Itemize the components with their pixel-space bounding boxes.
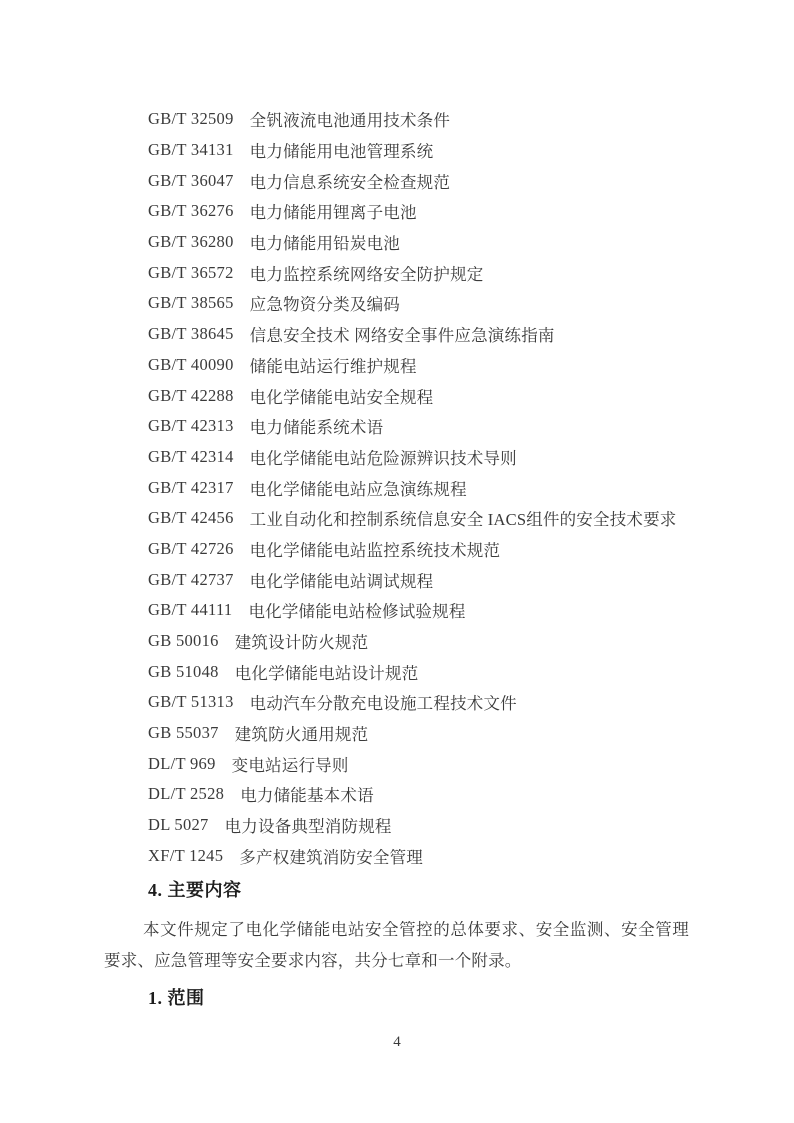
standard-code: GB/T 36572 xyxy=(148,263,234,283)
standard-title: 工业自动化和控制系统信息安全 IACS组件的安全技术要求 xyxy=(250,506,677,530)
standard-title: 电力监控系统网络安全防护规定 xyxy=(250,261,484,285)
standard-title: 电动汽车分散充电设施工程技术文件 xyxy=(250,690,517,714)
standard-code: GB/T 38645 xyxy=(148,324,234,344)
standard-ref-row: GB/T 34131 电力储能用电池管理系统 xyxy=(148,135,689,166)
standard-title: 信息安全技术 网络安全事件应急演练指南 xyxy=(250,322,555,346)
standard-ref-row: GB/T 42288 电化学储能电站安全规程 xyxy=(148,380,689,411)
standard-title: 电力信息系统安全检查规范 xyxy=(250,169,450,193)
standard-ref-row: GB/T 42456 工业自动化和控制系统信息安全 IACS组件的安全技术要求 xyxy=(148,503,689,534)
standard-ref-row: GB/T 42313 电力储能系统术语 xyxy=(148,411,689,442)
standard-ref-row: DL 5027 电力设备典型消防规程 xyxy=(148,810,689,841)
standard-ref-row: GB/T 36047 电力信息系统安全检查规范 xyxy=(148,165,689,196)
standard-ref-row: GB/T 36280 电力储能用铅炭电池 xyxy=(148,227,689,258)
standard-code: GB/T 32509 xyxy=(148,109,234,129)
standard-code: GB 51048 xyxy=(148,662,219,682)
standard-ref-row: GB 50016 建筑设计防火规范 xyxy=(148,626,689,657)
standard-code: GB/T 44111 xyxy=(148,600,232,620)
standard-code: GB/T 38565 xyxy=(148,293,234,313)
document-page: GB/T 32509 全钒液流电池通用技术条件 GB/T 34131 电力储能用… xyxy=(0,0,794,1123)
standard-title: 电化学储能电站调试规程 xyxy=(250,568,434,592)
standard-title: 电化学储能电站危险源辨识技术导则 xyxy=(250,445,517,469)
standard-ref-row: GB/T 32509 全钒液流电池通用技术条件 xyxy=(148,104,689,135)
standard-title: 电力储能系统术语 xyxy=(250,414,384,438)
page-number: 4 xyxy=(0,1034,794,1051)
standard-code: DL/T 969 xyxy=(148,754,216,774)
standard-code: GB/T 36280 xyxy=(148,232,234,252)
standard-ref-row: GB/T 36276 电力储能用锂离子电池 xyxy=(148,196,689,227)
standard-ref-row: GB/T 38565 应急物资分类及编码 xyxy=(148,288,689,319)
standard-title: 变电站运行导则 xyxy=(232,752,349,776)
standard-title: 电化学储能电站设计规范 xyxy=(235,660,419,684)
standard-ref-row: GB/T 40090 储能电站运行维护规程 xyxy=(148,350,689,381)
standards-reference-list: GB/T 32509 全钒液流电池通用技术条件 GB/T 34131 电力储能用… xyxy=(148,104,689,871)
standard-title: 电化学储能电站检修试验规程 xyxy=(248,598,465,622)
standard-code: GB/T 42288 xyxy=(148,386,234,406)
standard-code: DL 5027 xyxy=(148,815,209,835)
standard-ref-row: XF/T 1245 多产权建筑消防安全管理 xyxy=(148,841,689,872)
standard-ref-row: GB/T 42317 电化学储能电站应急演练规程 xyxy=(148,472,689,503)
standard-code: GB 55037 xyxy=(148,723,219,743)
standard-code: DL/T 2528 xyxy=(148,784,224,804)
standard-ref-row: DL/T 2528 电力储能基本术语 xyxy=(148,779,689,810)
standard-ref-row: GB 51048 电化学储能电站设计规范 xyxy=(148,656,689,687)
standard-title: 电化学储能电站应急演练规程 xyxy=(250,476,467,500)
standard-ref-row: DL/T 969 变电站运行导则 xyxy=(148,748,689,779)
standard-ref-row: GB/T 42314 电化学储能电站危险源辨识技术导则 xyxy=(148,442,689,473)
standard-ref-row: GB 55037 建筑防火通用规范 xyxy=(148,718,689,749)
standard-title: 储能电站运行维护规程 xyxy=(250,353,417,377)
standard-code: GB/T 36276 xyxy=(148,201,234,221)
standard-ref-row: GB/T 42737 电化学储能电站调试规程 xyxy=(148,564,689,595)
standard-ref-row: GB/T 38645 信息安全技术 网络安全事件应急演练指南 xyxy=(148,319,689,350)
standard-title: 建筑设计防火规范 xyxy=(235,629,369,653)
standard-title: 电力储能用铅炭电池 xyxy=(250,230,400,254)
section-heading-scope: 1. 范围 xyxy=(148,985,689,1011)
standard-title: 应急物资分类及编码 xyxy=(250,291,400,315)
standard-ref-row: GB/T 44111 电化学储能电站检修试验规程 xyxy=(148,595,689,626)
section-heading-main-content: 4. 主要内容 xyxy=(148,877,689,903)
standard-ref-row: GB/T 36572 电力监控系统网络安全防护规定 xyxy=(148,257,689,288)
standard-code: GB/T 42313 xyxy=(148,416,234,436)
standard-title: 电力储能用锂离子电池 xyxy=(250,199,417,223)
standard-code: GB/T 42726 xyxy=(148,539,234,559)
standard-title: 电化学储能电站安全规程 xyxy=(250,384,434,408)
standard-title: 电力设备典型消防规程 xyxy=(225,813,392,837)
standard-code: XF/T 1245 xyxy=(148,846,223,866)
main-content-paragraph: 本文件规定了电化学储能电站安全管控的总体要求、安全监测、安全管理要求、应急管理等… xyxy=(104,914,689,976)
standard-code: GB/T 42456 xyxy=(148,508,234,528)
standard-title: 建筑防火通用规范 xyxy=(235,721,369,745)
standard-code: GB/T 34131 xyxy=(148,140,234,160)
standard-code: GB/T 51313 xyxy=(148,692,234,712)
standard-title: 电力储能用电池管理系统 xyxy=(250,138,434,162)
standard-ref-row: GB/T 42726 电化学储能电站监控系统技术规范 xyxy=(148,534,689,565)
standard-title: 多产权建筑消防安全管理 xyxy=(239,844,423,868)
standard-code: GB/T 40090 xyxy=(148,355,234,375)
standard-title: 电力储能基本术语 xyxy=(240,782,374,806)
standard-code: GB/T 42737 xyxy=(148,570,234,590)
standard-code: GB/T 42314 xyxy=(148,447,234,467)
standard-code: GB 50016 xyxy=(148,631,219,651)
standard-title: 全钒液流电池通用技术条件 xyxy=(250,107,450,131)
standard-code: GB/T 36047 xyxy=(148,171,234,191)
standard-code: GB/T 42317 xyxy=(148,478,234,498)
standard-title: 电化学储能电站监控系统技术规范 xyxy=(250,537,501,561)
standard-ref-row: GB/T 51313 电动汽车分散充电设施工程技术文件 xyxy=(148,687,689,718)
